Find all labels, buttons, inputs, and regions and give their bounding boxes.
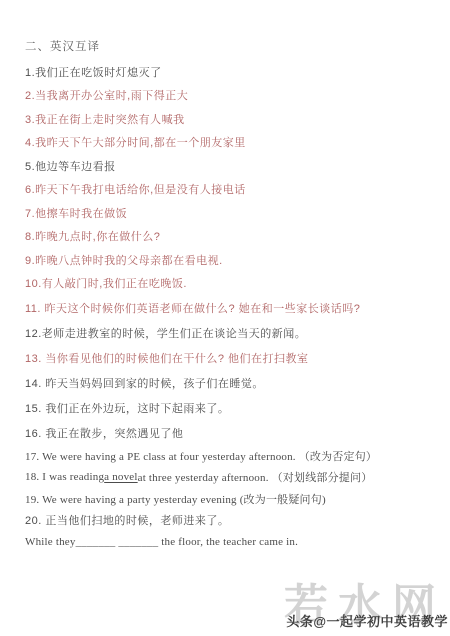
exercise-line: 6.昨天下午我打电话给你,但是没有人接电话 (25, 178, 436, 202)
worksheet-page: 二、英汉互译 1.我们正在吃饭时灯熄灭了2.当我离开办公室时,雨下得正大3.我正… (0, 0, 450, 636)
exercise-line: 17. We were having a PE class at four ye… (25, 445, 436, 467)
exercise-line: 1.我们正在吃饭时灯熄灭了 (25, 60, 436, 84)
exercise-list: 1.我们正在吃饭时灯熄灭了2.当我离开办公室时,雨下得正大3.我正在街上走时突然… (25, 60, 436, 553)
underlined-part: a novel (104, 471, 137, 483)
exercise-line: 10.有人敲门时,我们正在吃晚饭. (25, 272, 436, 296)
exercise-line: 9.昨晚八点钟时我的父母亲都在看电视. (25, 248, 436, 272)
watermark-account-text: 头条@一起学初中英语教学 (286, 611, 448, 630)
exercise-line: 12.老师走进教室的时候，学生们正在谈论当天的新闻。 (25, 320, 436, 345)
section-heading: 二、英汉互译 (25, 38, 450, 54)
exercise-line: 3.我正在街上走时突然有人喊我 (25, 107, 436, 131)
exercise-line: 2.当我离开办公室时,雨下得正大 (25, 84, 436, 108)
exercise-line: 4.我昨天下午大部分时间,都在一个朋友家里 (25, 131, 436, 155)
watermark: 若水网 头条@一起学初中英语教学 (180, 566, 450, 636)
line-text: 18. I was reading (25, 471, 104, 483)
exercise-line: 8.昨晚九点时,你在做什么? (25, 225, 436, 249)
exercise-line: 18. I was reading a novel at three yeste… (25, 467, 436, 489)
exercise-line: 14. 昨天当妈妈回到家的时候，孩子们在睡觉。 (25, 370, 436, 395)
exercise-line: 7.他擦车时我在做饭 (25, 201, 436, 225)
watermark-logo-text: 若水网 (284, 584, 446, 628)
exercise-line: 19. We were having a party yesterday eve… (25, 488, 436, 510)
exercise-line: 15. 我们正在外边玩，这时下起雨来了。 (25, 395, 436, 420)
exercise-line: 20. 正当他们扫地的时候，老师进来了。 (25, 510, 436, 532)
exercise-line: 5.他边等车边看报 (25, 154, 436, 178)
exercise-line: 11. 昨天这个时候你们英语老师在做什么? 她在和一些家长谈话吗? (25, 295, 436, 320)
exercise-line: 13. 当你看见他们的时候他们在干什么? 他们在打扫教室 (25, 345, 436, 370)
exercise-line: 16. 我正在散步，突然遇见了他 (25, 420, 436, 445)
exercise-line: While they_______ _______ the floor, the… (25, 531, 436, 553)
line-text: at three yesterday afternoon. （对划线部分提问） (138, 469, 373, 485)
